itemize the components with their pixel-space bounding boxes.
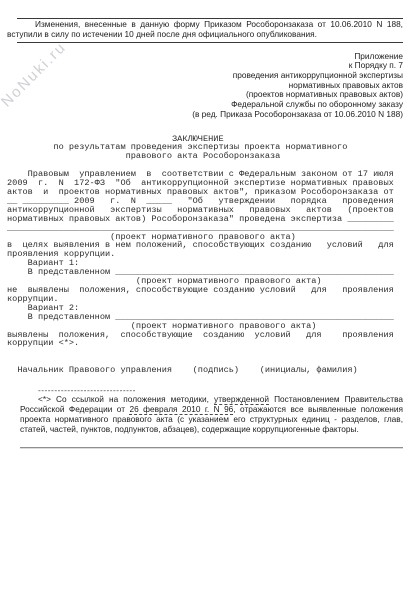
footnote-block: ------------------------------ <*> Со сс… [20,386,403,435]
footnote-text: <*> Со ссылкой на положения методики, ут… [20,395,403,435]
footnote-separator: ------------------------------ [38,386,403,394]
appendix-block: Приложение к Порядку п. 7 проведения ант… [0,52,403,120]
amendment-note-text: Изменения, внесенные в данную форму Прик… [7,20,403,40]
bottom-divider [20,447,403,449]
document-title: ЗАКЛЮЧЕНИЕ по результатам проведения экс… [7,135,420,162]
appendix-line: Приложение [0,52,403,62]
amendment-note-box: Изменения, внесенные в данную форму Прик… [17,18,403,43]
footnote-segment: <*> Со ссылкой на положения методики, [38,394,214,404]
document-page: NoNuki.ru Изменения, внесенные в данную … [0,0,420,600]
appendix-line: (в ред. Приказа Рособоронзаказа от 10.06… [0,110,403,120]
document-body-text: Правовым управлением в соответствии с Фе… [7,170,420,375]
